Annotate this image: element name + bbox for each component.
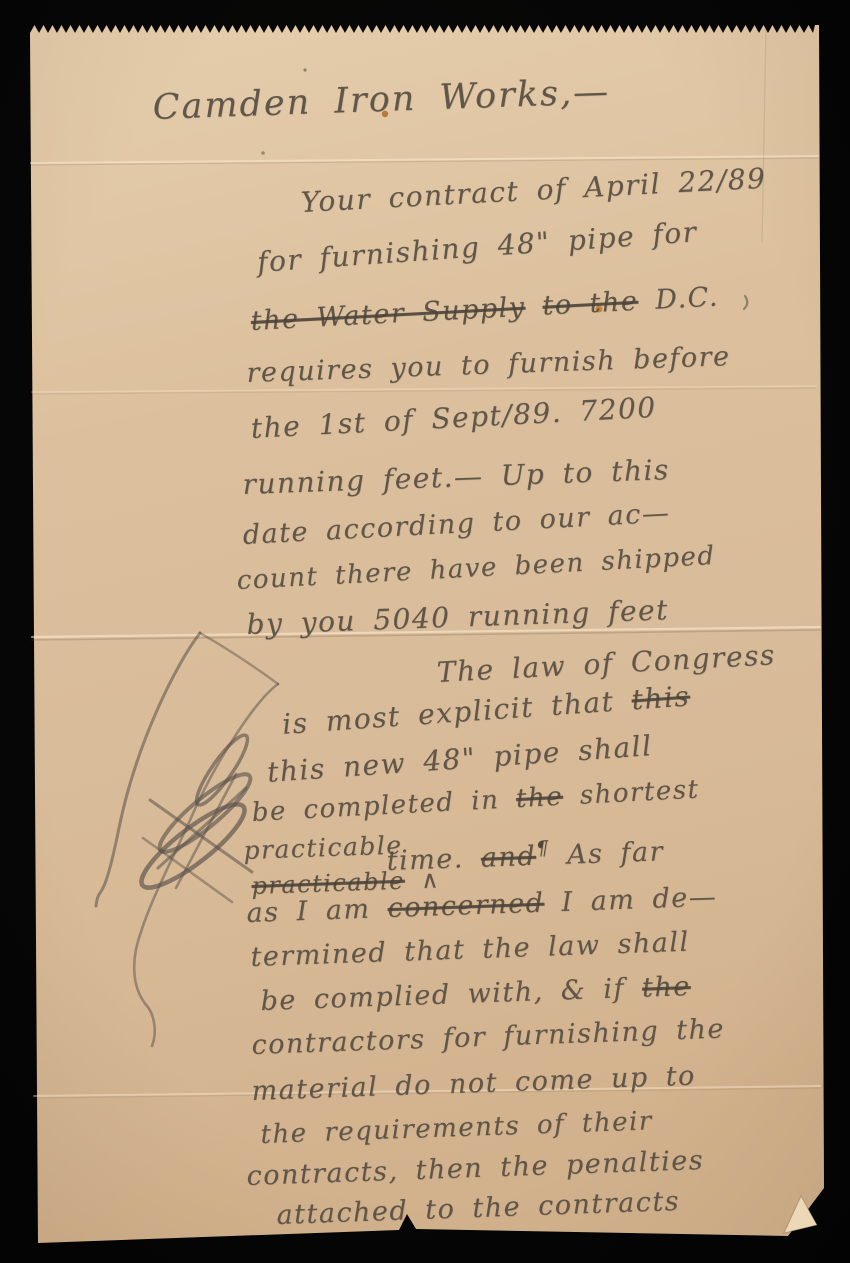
paper-sheet — [0, 0, 850, 1263]
photo-background: Camden Iron Works,— Your contract of Apr… — [0, 0, 850, 1263]
stain-speck — [261, 151, 265, 155]
stain-speck — [382, 111, 388, 117]
paper-vignette — [30, 25, 824, 1243]
stain-speck — [595, 305, 602, 312]
stain-speck — [303, 68, 306, 71]
stain-speck — [538, 751, 542, 755]
